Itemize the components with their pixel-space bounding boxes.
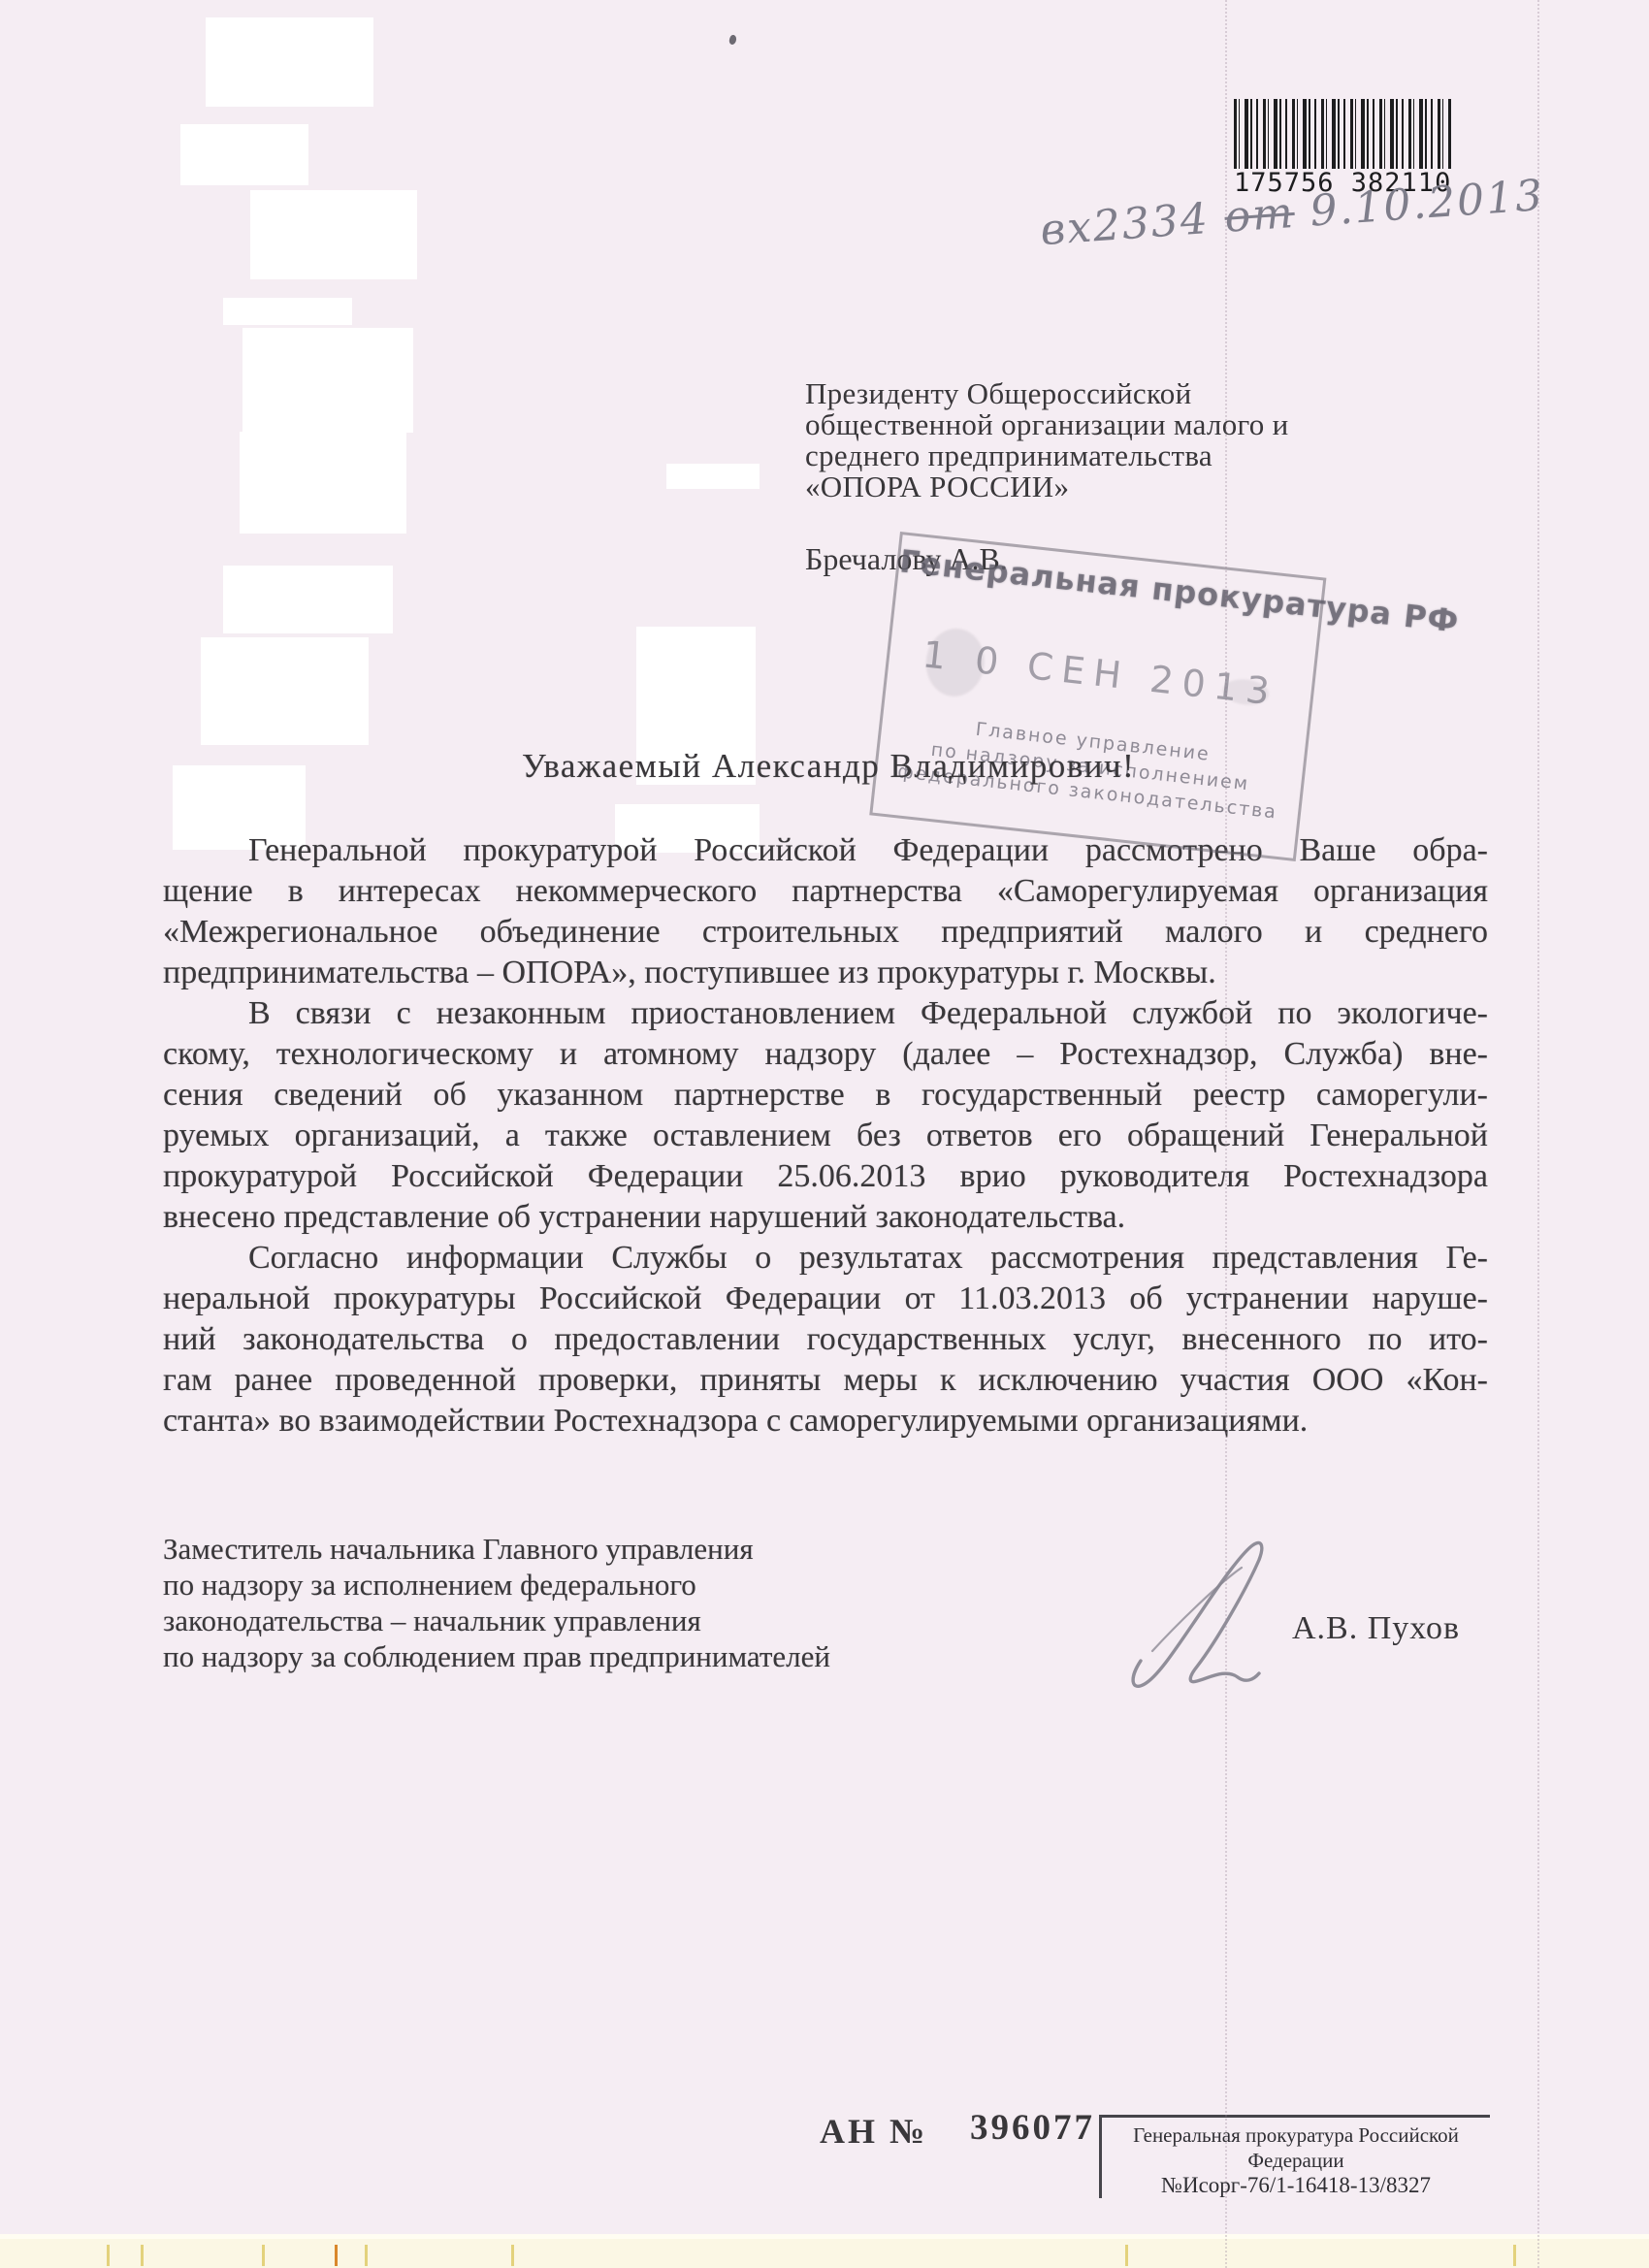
body-line: щение в интересах некоммерческого партне…	[163, 871, 1488, 912]
body-paragraphs: Генеральной прокуратурой Российской Феде…	[163, 830, 1488, 1442]
incoming-stamp: Генеральная прокуратура РФ 1 0 СЕН 2013 …	[869, 532, 1326, 861]
edge-tick	[107, 2245, 110, 2266]
body-line: внесено представление об устранении нару…	[163, 1197, 1488, 1238]
body-line: скому, технологическому и атомному надзо…	[163, 1034, 1488, 1075]
scan-artifact-patch	[206, 17, 373, 107]
recipient-line: Президенту Общероссийской	[805, 378, 1288, 409]
signer-title: Заместитель начальника Главного управлен…	[163, 1531, 830, 1674]
outgoing-reference-number: №Исорг-76/1-16418-13/8327	[1102, 2173, 1490, 2198]
body-line: прокуратурой Российской Федерации 25.06.…	[163, 1156, 1488, 1197]
handwritten-crossed-word: от	[1223, 188, 1297, 243]
scan-fold-line	[1225, 0, 1227, 2268]
body-line: сения сведений об указанном партнерстве …	[163, 1075, 1488, 1116]
body-line: неральной прокуратуры Российской Федерац…	[163, 1279, 1488, 1319]
handwritten-prefix: вх2334	[1039, 193, 1226, 255]
scan-artifact-patch	[223, 566, 393, 633]
body-line: Согласно информации Службы о результатах…	[163, 1238, 1488, 1279]
outgoing-stamp-box: Генеральная прокуратура РоссийскойФедера…	[1099, 2115, 1490, 2198]
barcode-bars	[1234, 99, 1451, 169]
recipient-address: Президенту Общероссийскойобщественной ор…	[805, 378, 1288, 502]
scan-artifact-patch	[180, 124, 308, 185]
ink-speck	[728, 34, 738, 46]
edge-tick	[365, 2245, 368, 2266]
recipient-line: «ОПОРА РОССИИ»	[805, 471, 1288, 502]
scan-edge-strip	[0, 2234, 1649, 2268]
outgoing-stamp-line: Генеральная прокуратура Российской	[1102, 2122, 1490, 2148]
scan-artifact-patch	[666, 464, 760, 489]
signer-title-line: Заместитель начальника Главного управлен…	[163, 1531, 830, 1567]
salutation: Уважаемый Александр Владимирович!	[522, 747, 1135, 786]
scan-artifact-patch	[250, 190, 417, 279]
outgoing-stamp-lines: Генеральная прокуратура РоссийскойФедера…	[1102, 2122, 1490, 2173]
form-series: АН №	[820, 2111, 927, 2152]
outgoing-stamp-line: Федерации	[1102, 2148, 1490, 2173]
edge-tick	[335, 2245, 338, 2266]
body-line: станта» во взаимодействии Ростехнадзора …	[163, 1401, 1488, 1442]
signer-title-line: по надзору за соблюдением прав предприни…	[163, 1638, 830, 1674]
signer-title-line: законодательства – начальник управления	[163, 1603, 830, 1638]
recipient-line: среднего предпринимательства	[805, 440, 1288, 471]
edge-tick	[511, 2245, 514, 2266]
scan-fold-line	[1537, 0, 1539, 2268]
recipient-line: общественной организации малого и	[805, 409, 1288, 440]
body-line: руемых организаций, а также оставлением …	[163, 1116, 1488, 1156]
scanned-letter-page: 175756 382110 вх2334 от 9.10.2013 Презид…	[0, 0, 1649, 2268]
scan-artifact-patch	[242, 328, 413, 433]
edge-tick	[141, 2245, 144, 2266]
scan-artifact-patch	[201, 637, 369, 745]
signer-name: А.В. Пухов	[1292, 1610, 1460, 1647]
body-line: гам ранее проведенной проверки, приняты …	[163, 1360, 1488, 1401]
body-line: «Межрегиональное объединение строительны…	[163, 912, 1488, 953]
signer-title-line: по надзору за исполнением федерального	[163, 1567, 830, 1603]
edge-tick	[262, 2245, 265, 2266]
edge-tick	[1125, 2245, 1128, 2266]
edge-tick	[1513, 2245, 1516, 2266]
form-number: 396077	[970, 2107, 1095, 2149]
scan-artifact-patch	[223, 298, 352, 325]
body-line: В связи с незаконным приостановлением Фе…	[163, 993, 1488, 1034]
handwritten-signature	[1123, 1535, 1283, 1700]
scan-artifact-patch	[240, 432, 406, 534]
body-line: предпринимательства – ОПОРА», поступивше…	[163, 953, 1488, 993]
stamp-title: Генеральная прокуратура РФ	[898, 542, 1323, 625]
body-line: ний законодательства о предоставлении го…	[163, 1319, 1488, 1360]
